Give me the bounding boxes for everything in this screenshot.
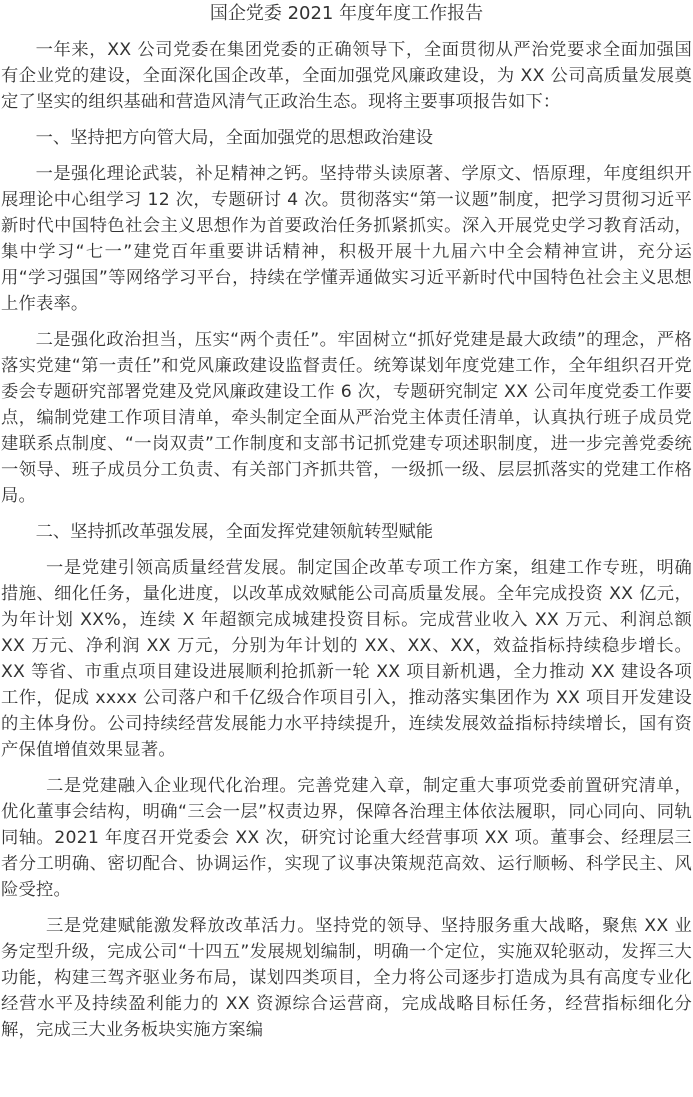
document-title: 国企党委 2021 年度年度工作报告: [1, 1, 692, 27]
section-1-paragraph-1: 一是强化理论武装，补足精神之钙。坚持带头读原著、学原文、悟原理，年度组织开展理论…: [1, 161, 692, 317]
section-2-paragraph-1: 一是党建引领高质量经营发展。制定国企改革专项工作方案，组建工作专班，明确措施、细…: [1, 555, 692, 763]
section-2-paragraph-2: 二是党建融入企业现代化治理。完善党建入章，制定重大事项党委前置研究清单，优化董事…: [1, 773, 692, 903]
section-heading-1: 一、坚持把方向管大局，全面加强党的思想政治建设: [1, 125, 692, 151]
intro-paragraph: 一年来，XX 公司党委在集团党委的正确领导下，全面贯彻从严治党要求全面加强国有企…: [1, 37, 692, 115]
section-2-paragraph-3: 三是党建赋能激发释放改革活力。坚持党的领导、坚持服务重大战略，聚焦 XX 业务定…: [1, 913, 692, 1043]
section-heading-2: 二、坚持抓改革强发展，全面发挥党建领航转型赋能: [1, 519, 692, 545]
document: 国企党委 2021 年度年度工作报告 一年来，XX 公司党委在集团党委的正确领导…: [0, 1, 693, 1043]
section-1-paragraph-2: 二是强化政治担当，压实“两个责任”。牢固树立“抓好党建是最大政绩”的理念，严格落…: [1, 327, 692, 509]
